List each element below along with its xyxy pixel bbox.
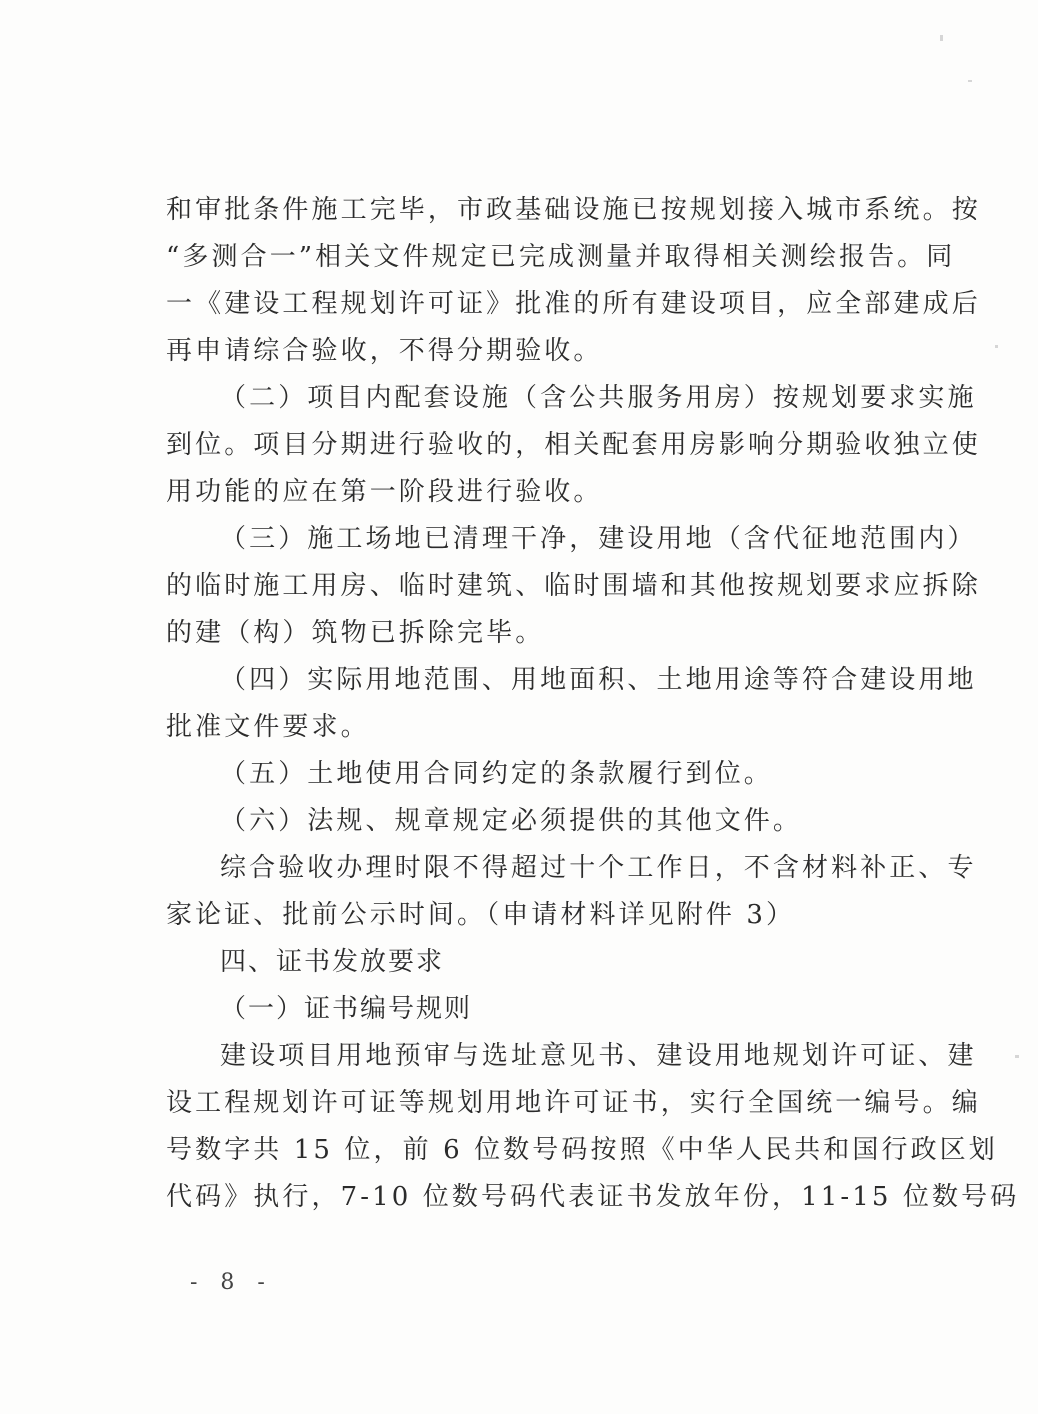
- text-line: “多测合一”相关文件规定已完成测量并取得相关测绘报告。同: [166, 234, 908, 281]
- text-line: 家论证、批前公示时间。（申请材料详见附件 3）: [166, 892, 908, 939]
- section-heading: 四、证书发放要求: [166, 939, 908, 986]
- item-2-paragraph: （二）项目内配套设施（含公共服务用房）按规划要求实施: [166, 375, 908, 422]
- text-line: 的建（构）筑物已拆除完毕。: [166, 610, 908, 657]
- text-line: 代码》执行，7-10 位数号码代表证书发放年份，11-15 位数号码: [166, 1174, 908, 1221]
- scan-artifact: [1015, 1055, 1019, 1058]
- text-line: 到位。项目分期进行验收的，相关配套用房影响分期验收独立使: [166, 422, 908, 469]
- text-line: 再申请综合验收，不得分期验收。: [166, 328, 908, 375]
- item-3-paragraph: （三）施工场地已清理干净，建设用地（含代征地范围内）: [166, 516, 908, 563]
- time-limit-paragraph: 综合验收办理时限不得超过十个工作日，不含材料补正、专: [166, 845, 908, 892]
- text-line: 和审批条件施工完毕，市政基础设施已按规划接入城市系统。按: [166, 187, 908, 234]
- item-4-paragraph: （四）实际用地范围、用地面积、土地用途等符合建设用地: [166, 657, 908, 704]
- scan-artifact: [940, 35, 943, 41]
- page-number: - 8 -: [190, 1270, 273, 1295]
- numbering-paragraph: 建设项目用地预审与选址意见书、建设用地规划许可证、建: [166, 1033, 908, 1080]
- text-line: 批准文件要求。: [166, 704, 908, 751]
- text-line: 设工程规划许可证等规划用地许可证书，实行全国统一编号。编: [166, 1080, 908, 1127]
- subsection-heading: （一）证书编号规则: [166, 986, 908, 1033]
- item-6-paragraph: （六）法规、规章规定必须提供的其他文件。: [166, 798, 908, 845]
- text-line: 号数字共 15 位，前 6 位数号码按照《中华人民共和国行政区划: [166, 1127, 908, 1174]
- scan-artifact: [995, 345, 998, 348]
- text-line: 一《建设工程规划许可证》批准的所有建设项目，应全部建成后: [166, 281, 908, 328]
- document-body: 和审批条件施工完毕，市政基础设施已按规划接入城市系统。按 “多测合一”相关文件规…: [166, 187, 908, 1221]
- document-page: 和审批条件施工完毕，市政基础设施已按规划接入城市系统。按 “多测合一”相关文件规…: [0, 0, 1038, 1414]
- scan-artifact: [968, 80, 972, 82]
- text-line: 用功能的应在第一阶段进行验收。: [166, 469, 908, 516]
- item-5-paragraph: （五）土地使用合同约定的条款履行到位。: [166, 751, 908, 798]
- text-line: 的临时施工用房、临时建筑、临时围墙和其他按规划要求应拆除: [166, 563, 908, 610]
